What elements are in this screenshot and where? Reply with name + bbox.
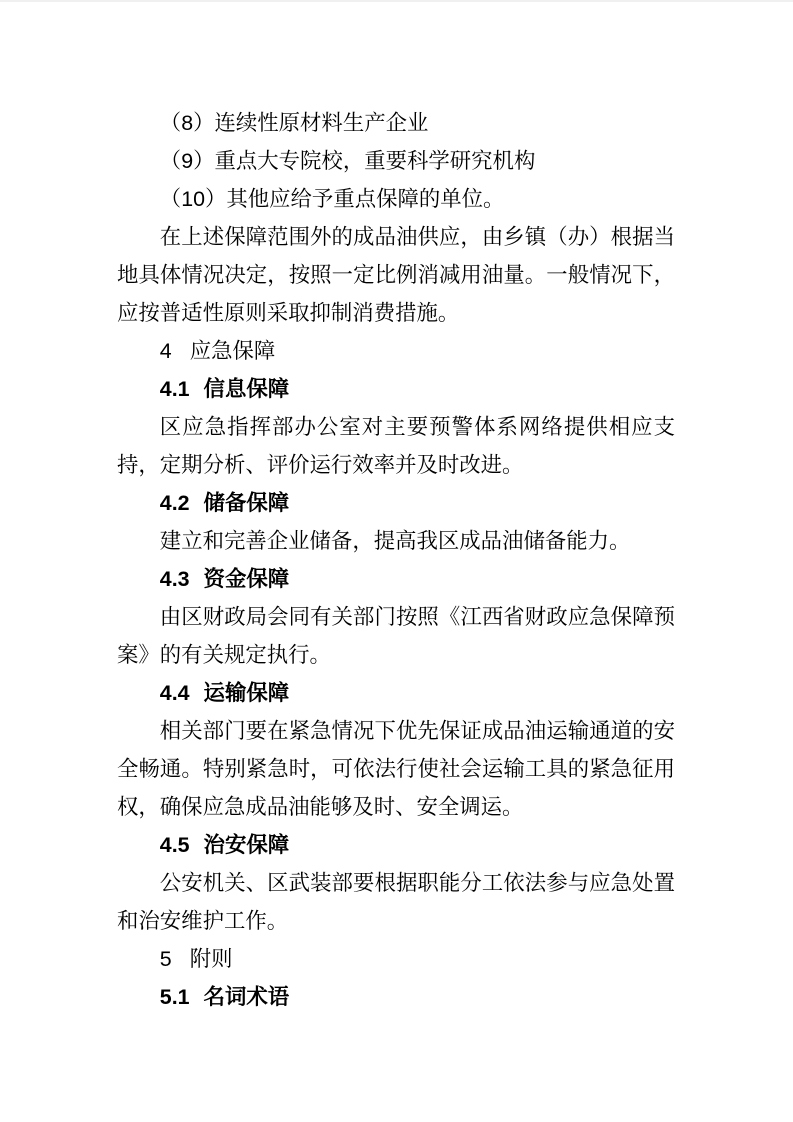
section-5-1-number: 5.1 (160, 985, 190, 1009)
paragraph-section-4-3: 由区财政局会同有关部门按照《江西省财政应急保障预案》的有关规定执行。 (117, 598, 675, 674)
heading-section-4-1: 4.1信息保障 (117, 370, 675, 408)
paragraph-section-4-5: 公安机关、区武装部要根据职能分工依法参与应急处置和治安维护工作。 (117, 864, 675, 940)
section-5-title: 附则 (190, 947, 233, 971)
section-4-1-number: 4.1 (160, 377, 190, 401)
paragraph-section-4-4: 相关部门要在紧急情况下优先保证成品油运输通道的安全畅通。特别紧急时，可依法行使社… (117, 712, 675, 826)
section-4-5-title: 治安保障 (204, 833, 290, 857)
heading-section-4-3: 4.3资金保障 (117, 560, 675, 598)
section-4-3-number: 4.3 (160, 567, 190, 591)
paragraph-section-4-2: 建立和完善企业储备，提高我区成品油储备能力。 (117, 522, 675, 560)
section-4-1-title: 信息保障 (204, 377, 290, 401)
section-5-1-title: 名词术语 (204, 985, 290, 1009)
document-body: （8）连续性原材料生产企业 （9）重点大专院校，重要科学研究机构 （10）其他应… (0, 0, 793, 1016)
list-item-10: （10）其他应给予重点保障的单位。 (117, 180, 675, 218)
section-4-5-number: 4.5 (160, 833, 190, 857)
heading-section-4-5: 4.5治安保障 (117, 826, 675, 864)
heading-section-4-4: 4.4运输保障 (117, 674, 675, 712)
section-4-4-title: 运输保障 (204, 681, 290, 705)
section-4-number: 4 (160, 339, 172, 363)
section-4-title: 应急保障 (190, 339, 276, 363)
heading-section-5: 5附则 (117, 940, 675, 978)
list-item-9: （9）重点大专院校，重要科学研究机构 (117, 142, 675, 180)
paragraph-general-supply: 在上述保障范围外的成品油供应，由乡镇（办）根据当地具体情况决定，按照一定比例消减… (117, 218, 675, 332)
section-5-number: 5 (160, 947, 172, 971)
heading-section-4-2: 4.2储备保障 (117, 484, 675, 522)
document-page: （8）连续性原材料生产企业 （9）重点大专院校，重要科学研究机构 （10）其他应… (0, 0, 793, 1122)
section-4-4-number: 4.4 (160, 681, 190, 705)
heading-section-5-1: 5.1名词术语 (117, 978, 675, 1016)
heading-section-4: 4应急保障 (117, 332, 675, 370)
section-4-2-title: 储备保障 (204, 491, 290, 515)
section-4-3-title: 资金保障 (204, 567, 290, 591)
list-item-8: （8）连续性原材料生产企业 (117, 104, 675, 142)
section-4-2-number: 4.2 (160, 491, 190, 515)
paragraph-section-4-1: 区应急指挥部办公室对主要预警体系网络提供相应支持，定期分析、评价运行效率并及时改… (117, 408, 675, 484)
page-top-edge (0, 0, 793, 2)
